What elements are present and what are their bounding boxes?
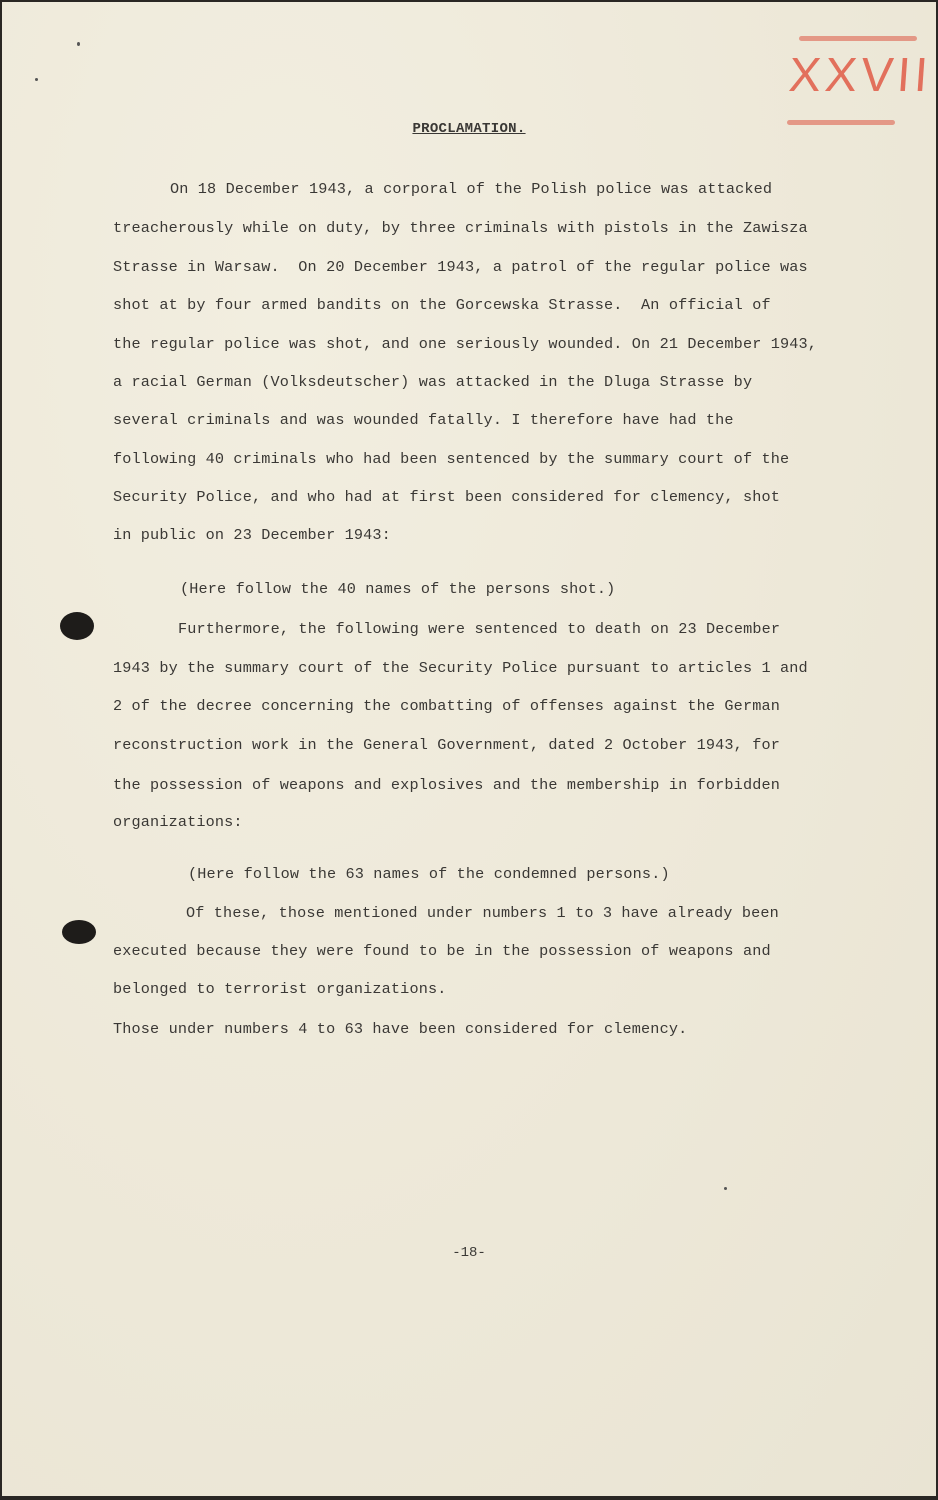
paragraph-line: reconstruction work in the General Gover… [113,736,780,754]
page-title: PROCLAMATION. [2,121,936,137]
paragraph-line: organizations: [113,813,243,831]
names-note-40: (Here follow the 40 names of the persons… [180,580,615,598]
paragraph-line: Furthermore, the following were sentence… [178,620,780,638]
annotation-roman-numeral: XXVII [787,48,934,103]
annotation-underline-top [799,36,917,41]
paragraph-line: Those under numbers 4 to 63 have been co… [113,1020,687,1038]
paper-speck [35,78,38,81]
paragraph-line: 2 of the decree concerning the combattin… [113,697,780,715]
paragraph-line: 1943 by the summary court of the Securit… [113,659,808,677]
paragraph-line: treacherously while on duty, by three cr… [113,219,808,237]
names-note-63: (Here follow the 63 names of the condemn… [188,865,670,883]
paragraph-line: a racial German (Volksdeutscher) was att… [113,373,752,391]
paragraph-line: in public on 23 December 1943: [113,526,391,544]
paragraph-line: the regular police was shot, and one ser… [113,335,817,353]
paragraph-line: following 40 criminals who had been sent… [113,450,789,468]
archive-annotation: XXVII [787,32,917,132]
paragraph-line: belonged to terrorist organizations. [113,980,447,998]
paragraph-line: Of these, those mentioned under numbers … [186,904,779,922]
punch-hole [62,920,96,944]
punch-hole [60,612,94,640]
paragraph-line: executed because they were found to be i… [113,942,771,960]
paragraph-line: Strasse in Warsaw. On 20 December 1943, … [113,258,808,276]
paper-speck [724,1187,727,1190]
paragraph-line: several criminals and was wounded fatall… [113,411,734,429]
document-page: XXVII PROCLAMATION. On 18 December 1943,… [2,2,936,1496]
paragraph-line: the possession of weapons and explosives… [113,776,780,794]
paragraph-line: On 18 December 1943, a corporal of the P… [170,180,772,198]
paper-speck [77,42,80,46]
page-number: -18- [2,1245,936,1261]
paragraph-line: shot at by four armed bandits on the Gor… [113,296,771,314]
paragraph-line: Security Police, and who had at first be… [113,488,780,506]
